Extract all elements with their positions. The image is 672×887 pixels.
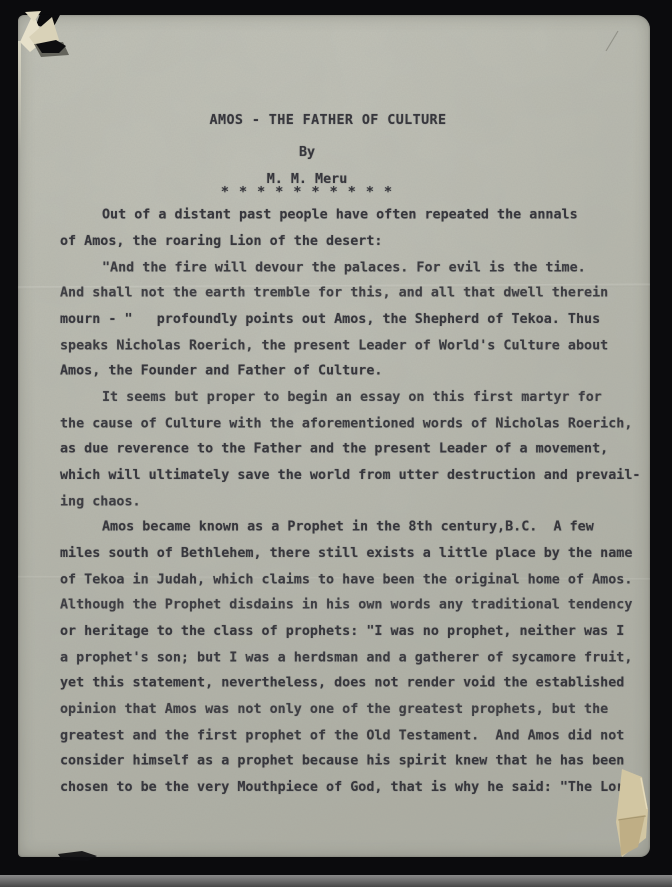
typed-line: mourn - " profoundly points out Amos, th… xyxy=(60,307,620,333)
asterisk-separator: * * * * * * * * * * xyxy=(27,186,587,199)
typed-line: a prophet's son; but I was a herdsman an… xyxy=(60,645,620,671)
paper-edge-highlight xyxy=(18,41,21,151)
typed-line: chosen to be the very Mouthpiece of God,… xyxy=(60,775,620,801)
typed-line: which will ultimately save the world fro… xyxy=(60,463,620,489)
paper-page: AMOS - THE FATHER OF CULTURE By M. M. Me… xyxy=(18,15,650,857)
typed-line: yet this statement, nevertheless, does n… xyxy=(60,671,620,697)
typed-line: the cause of Culture with the aforementi… xyxy=(60,411,620,437)
typed-line: of Amos, the roaring Lion of the desert: xyxy=(60,229,620,255)
typed-line: Although the Prophet disdains in his own… xyxy=(60,593,620,619)
document-title: AMOS - THE FATHER OF CULTURE xyxy=(48,113,608,129)
document-byline: By xyxy=(27,145,587,161)
typed-line: Amos became known as a Prophet in the 8t… xyxy=(60,515,620,541)
typed-line: ing chaos. xyxy=(60,489,620,515)
typed-line: or heritage to the class of prophets: "I… xyxy=(60,619,620,645)
typed-line: speaks Nicholas Roerich, the present Lea… xyxy=(60,333,620,359)
typed-line: It seems but proper to begin an essay on… xyxy=(60,385,620,411)
typed-line: opinion that Amos was not only one of th… xyxy=(60,697,620,723)
typed-content: AMOS - THE FATHER OF CULTURE By M. M. Me… xyxy=(60,113,620,801)
typed-line: "And the fire will devour the palaces. F… xyxy=(60,255,620,281)
typed-line: of Tekoa in Judah, which claims to have … xyxy=(60,567,620,593)
document-body: Out of a distant past people have often … xyxy=(60,203,620,801)
scanned-document: AMOS - THE FATHER OF CULTURE By M. M. Me… xyxy=(0,0,672,887)
typed-line: greatest and the first prophet of the Ol… xyxy=(60,723,620,749)
typed-line: And shall not the earth tremble for this… xyxy=(60,281,620,307)
typed-line: consider himself as a prophet because hi… xyxy=(60,749,620,775)
typed-line: miles south of Bethlehem, there still ex… xyxy=(60,541,620,567)
typed-line: Amos, the Founder and Father of Culture. xyxy=(60,359,620,385)
typed-line: as due reverence to the Father and the p… xyxy=(60,437,620,463)
typed-line: Out of a distant past people have often … xyxy=(60,203,620,229)
scanner-strip xyxy=(0,875,672,887)
